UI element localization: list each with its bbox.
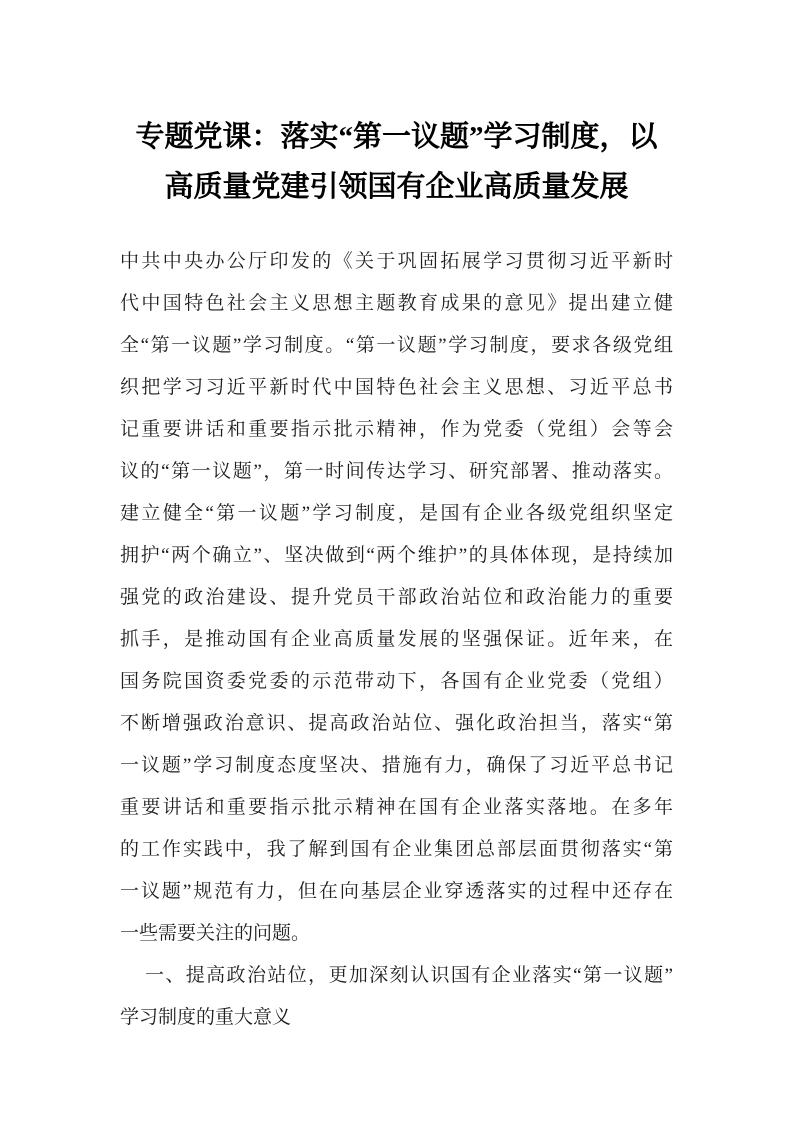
paragraph-section-1-heading: 一、提高政治站位，更加深刻认识国有企业落实“第一议题”学习制度的重大意义 bbox=[120, 955, 673, 1039]
text-line: 建立健全“第一议题”学习制度，是国有企业各级党组织坚定 bbox=[120, 493, 673, 535]
document-body: 中共中央办公厅印发的《关于巩固拓展学习贯彻习近平新时代中国特色社会主义思想主题教… bbox=[120, 241, 673, 1039]
title-line-1: 专题党课：落实“第一议题”学习制度，以 bbox=[120, 112, 673, 162]
document-page: 专题党课：落实“第一议题”学习制度，以 高质量党建引领国有企业高质量发展 中共中… bbox=[0, 0, 793, 1122]
text-line: 织把学习习近平新时代中国特色社会主义思想、习近平总书 bbox=[120, 367, 673, 409]
text-line: 国务院国资委党委的示范带动下，各国有企业党委（党组） bbox=[120, 661, 673, 703]
text-line: 议的“第一议题”，第一时间传达学习、研究部署、推动落实。 bbox=[120, 451, 673, 493]
text-line: 重要讲话和重要指示批示精神在国有企业落实落地。在多年 bbox=[120, 787, 673, 829]
text-line: 学习制度的重大意义 bbox=[120, 997, 673, 1039]
text-line: 一些需要关注的问题。 bbox=[120, 913, 673, 955]
text-line: 不断增强政治意识、提高政治站位、强化政治担当，落实“第 bbox=[120, 703, 673, 745]
text-line: 一议题”规范有力，但在向基层企业穿透落实的过程中还存在 bbox=[120, 871, 673, 913]
text-line: 全“第一议题”学习制度。“第一议题”学习制度，要求各级党组 bbox=[120, 325, 673, 367]
text-line: 代中国特色社会主义思想主题教育成果的意见》提出建立健 bbox=[120, 283, 673, 325]
text-line: 一议题”学习制度态度坚决、措施有力，确保了习近平总书记 bbox=[120, 745, 673, 787]
text-line: 强党的政治建设、提升党员干部政治站位和政治能力的重要 bbox=[120, 577, 673, 619]
text-line: 抓手，是推动国有企业高质量发展的坚强保证。近年来，在 bbox=[120, 619, 673, 661]
title-line-2: 高质量党建引领国有企业高质量发展 bbox=[120, 162, 673, 212]
text-line: 中共中央办公厅印发的《关于巩固拓展学习贯彻习近平新时 bbox=[120, 241, 673, 283]
text-line: 的工作实践中，我了解到国有企业集团总部层面贯彻落实“第 bbox=[120, 829, 673, 871]
paragraph-intro: 中共中央办公厅印发的《关于巩固拓展学习贯彻习近平新时代中国特色社会主义思想主题教… bbox=[120, 241, 673, 955]
text-line: 一、提高政治站位，更加深刻认识国有企业落实“第一议题” bbox=[120, 955, 673, 997]
text-line: 拥护“两个确立”、坚决做到“两个维护”的具体体现，是持续加 bbox=[120, 535, 673, 577]
text-line: 记重要讲话和重要指示批示精神，作为党委（党组）会等会 bbox=[120, 409, 673, 451]
document-title: 专题党课：落实“第一议题”学习制度，以 高质量党建引领国有企业高质量发展 bbox=[120, 112, 673, 212]
